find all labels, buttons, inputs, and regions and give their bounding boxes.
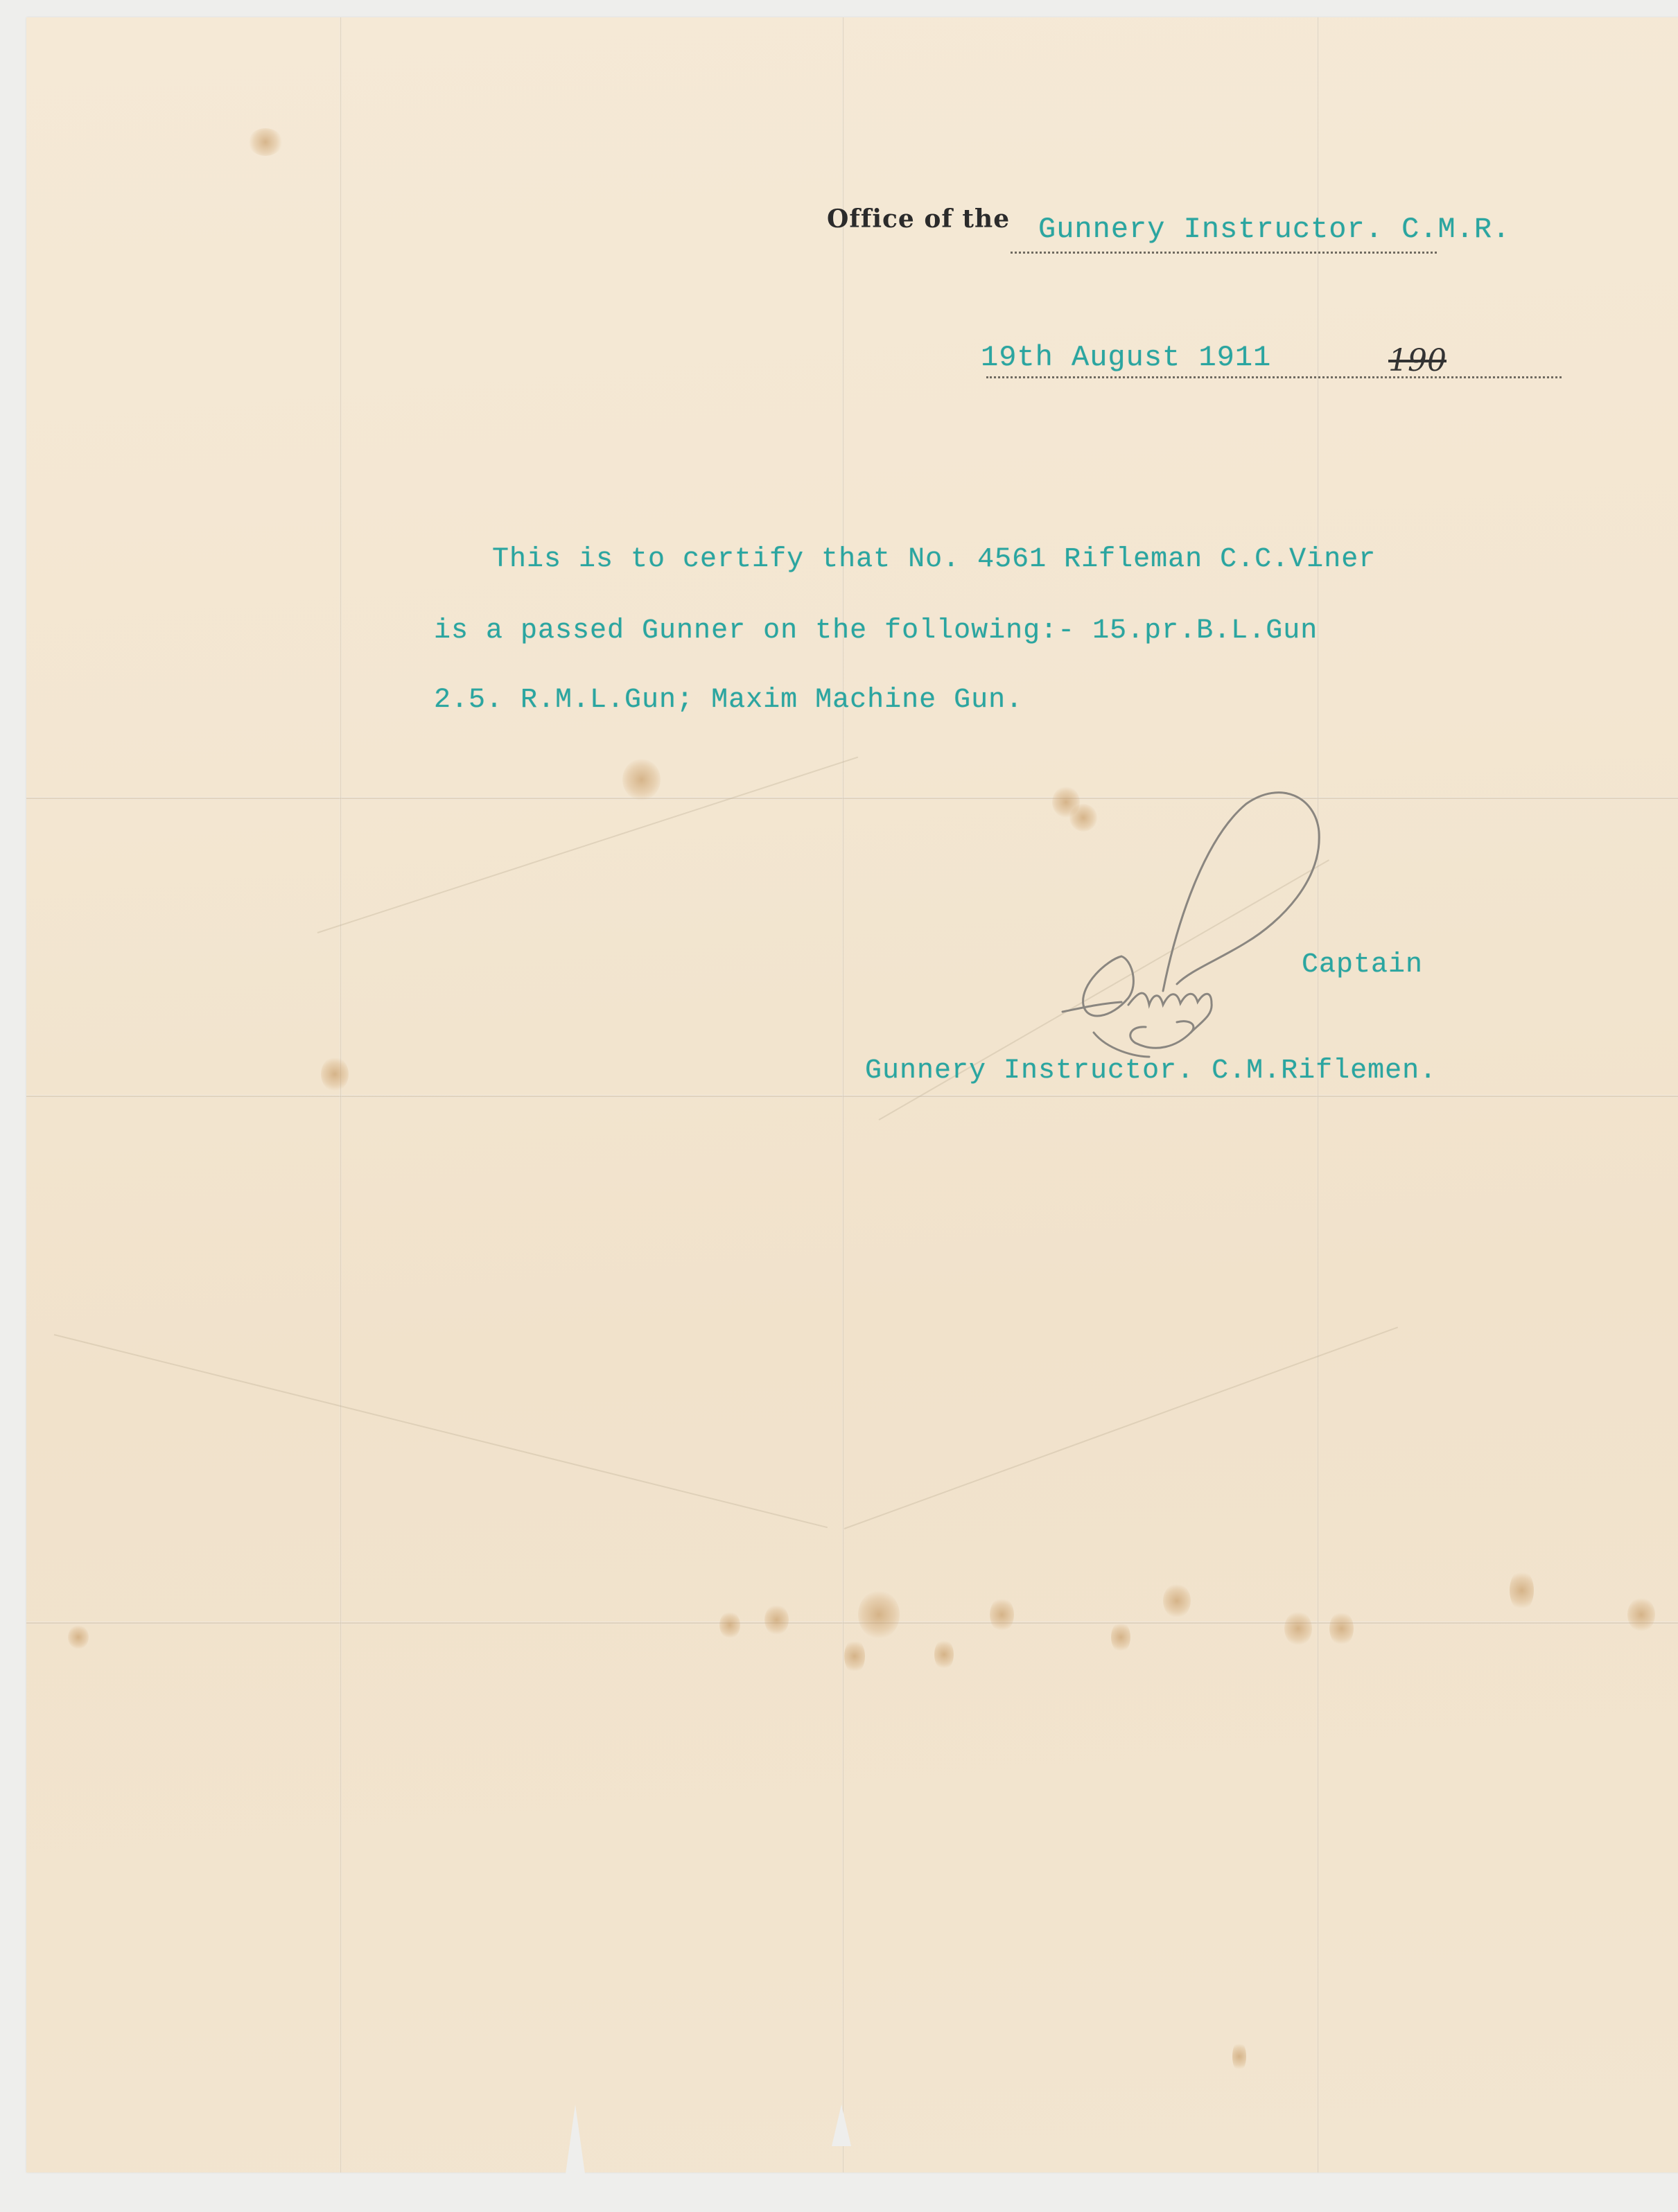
- stain: [858, 1590, 900, 1639]
- letterhead-dotted-line: [1011, 252, 1437, 254]
- stain: [764, 1604, 789, 1635]
- tear-notch: [832, 2105, 851, 2146]
- fold-line-vertical: [842, 17, 844, 2172]
- date-printed-year-struck: 190: [1388, 343, 1447, 378]
- stain: [1232, 2041, 1246, 2072]
- stain: [1069, 804, 1097, 832]
- signature-icon: [1052, 783, 1413, 1060]
- stain: [1111, 1622, 1130, 1653]
- stain: [1052, 787, 1080, 818]
- stain: [622, 759, 661, 800]
- date-typed: 19th August 1911: [981, 341, 1271, 374]
- letterhead-prefix: Office of the: [827, 204, 1010, 234]
- stain: [248, 128, 283, 156]
- fold-line-horizontal: [26, 1622, 1678, 1624]
- date-dotted-line: [986, 376, 1562, 378]
- fold-line-vertical: [1317, 17, 1319, 2172]
- letterhead-office: Gunnery Instructor. C.M.R.: [1038, 213, 1510, 246]
- stain: [1510, 1570, 1534, 1611]
- stain: [844, 1639, 865, 1674]
- stain: [934, 1639, 954, 1670]
- body-line-3: 2.5. R.M.L.Gun; Maxim Machine Gun.: [434, 685, 1023, 716]
- fold-line-vertical: [340, 17, 342, 2172]
- stain: [719, 1611, 740, 1639]
- fold-line-horizontal: [26, 1095, 1678, 1098]
- stain: [1284, 1611, 1312, 1646]
- stain: [990, 1597, 1014, 1632]
- stain: [1163, 1583, 1191, 1618]
- signature-rank: Captain: [1302, 949, 1423, 981]
- signature-title: Gunnery Instructor. C.M.Riflemen.: [865, 1055, 1437, 1087]
- stain: [1627, 1597, 1655, 1632]
- stain: [68, 1625, 89, 1649]
- body-line-1: This is to certify that No. 4561 Riflema…: [492, 544, 1376, 575]
- paper-sheet: Office of the Gunnery Instructor. C.M.R.…: [26, 17, 1678, 2172]
- crease: [54, 1334, 828, 1528]
- crease: [317, 757, 858, 933]
- stain: [1329, 1611, 1354, 1646]
- stain: [321, 1057, 349, 1091]
- body-line-2: is a passed Gunner on the following:- 15…: [434, 615, 1318, 647]
- tear-notch: [566, 2105, 585, 2174]
- crease: [844, 1326, 1398, 1529]
- fold-line-horizontal: [26, 797, 1678, 800]
